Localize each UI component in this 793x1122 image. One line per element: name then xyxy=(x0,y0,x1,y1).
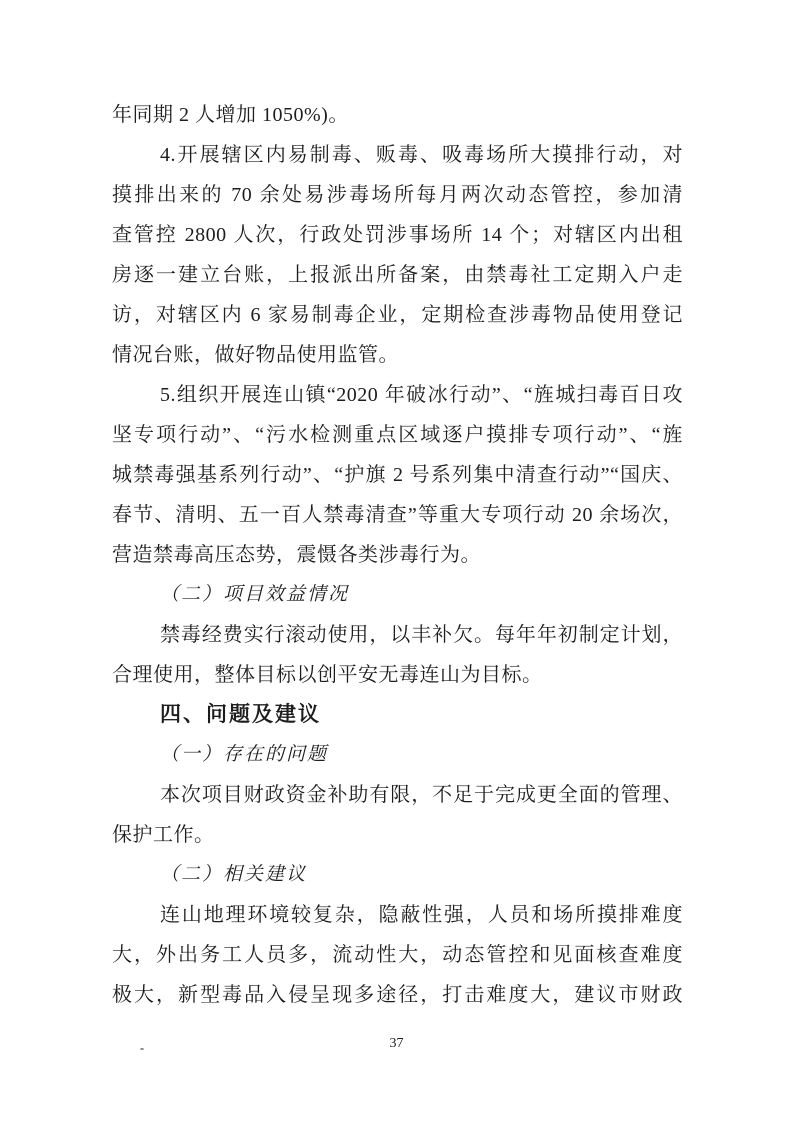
text-line: 房逐一建立台账，上报派出所备案，由禁毒社工定期入户走 xyxy=(112,255,683,295)
text-line: 年同期 2 人增加 1050%)。 xyxy=(112,95,683,135)
text-line: 坚专项行动”、“污水检测重点区域逐户摸排专项行动”、“旌 xyxy=(112,415,683,455)
text-line: 大，外出务工人员多，流动性大，动态管控和见面核查难度 xyxy=(112,935,683,975)
text-line: 查管控 2800 人次，行政处罚涉事场所 14 个；对辖区内出租 xyxy=(112,215,683,255)
text-line: 访，对辖区内 6 家易制毒企业，定期检查涉毒物品使用登记 xyxy=(112,295,683,335)
document-body: 年同期 2 人增加 1050%)。4.开展辖区内易制毒、贩毒、吸毒场所大摸排行动… xyxy=(112,95,683,1015)
page-number: 37 xyxy=(0,1034,793,1054)
text-line: 摸排出来的 70 余处易涉毒场所每月两次动态管控，参加清 xyxy=(112,175,683,215)
subsection-heading: （二）相关建议 xyxy=(112,855,683,895)
text-line: 5.组织开展连山镇“2020 年破冰行动”、“旌城扫毒百日攻 xyxy=(112,375,683,415)
text-line: 保护工作。 xyxy=(112,815,683,855)
document-page: 年同期 2 人增加 1050%)。4.开展辖区内易制毒、贩毒、吸毒场所大摸排行动… xyxy=(0,0,793,1122)
subsection-heading: （一）存在的问题 xyxy=(112,735,683,775)
text-line: 本次项目财政资金补助有限，不足于完成更全面的管理、 xyxy=(112,775,683,815)
text-line: 营造禁毒高压态势，震慑各类涉毒行为。 xyxy=(112,535,683,575)
text-line: 春节、清明、五一百人禁毒清查”等重大专项行动 20 余场次， xyxy=(112,495,683,535)
text-line: 城禁毒强基系列行动”、“护旗 2 号系列集中清查行动”“国庆、 xyxy=(112,455,683,495)
section-heading: 四、问题及建议 xyxy=(112,695,683,735)
text-line: 4.开展辖区内易制毒、贩毒、吸毒场所大摸排行动，对 xyxy=(112,135,683,175)
text-line: 情况台账，做好物品使用监管。 xyxy=(112,335,683,375)
subsection-heading: （二）项目效益情况 xyxy=(112,575,683,615)
text-line: 合理使用，整体目标以创平安无毒连山为目标。 xyxy=(112,655,683,695)
text-line: 连山地理环境较复杂，隐蔽性强，人员和场所摸排难度 xyxy=(112,895,683,935)
text-line: 禁毒经费实行滚动使用，以丰补欠。每年年初制定计划， xyxy=(112,615,683,655)
text-line: 极大，新型毒品入侵呈现多途径，打击难度大，建议市财政 xyxy=(112,975,683,1015)
